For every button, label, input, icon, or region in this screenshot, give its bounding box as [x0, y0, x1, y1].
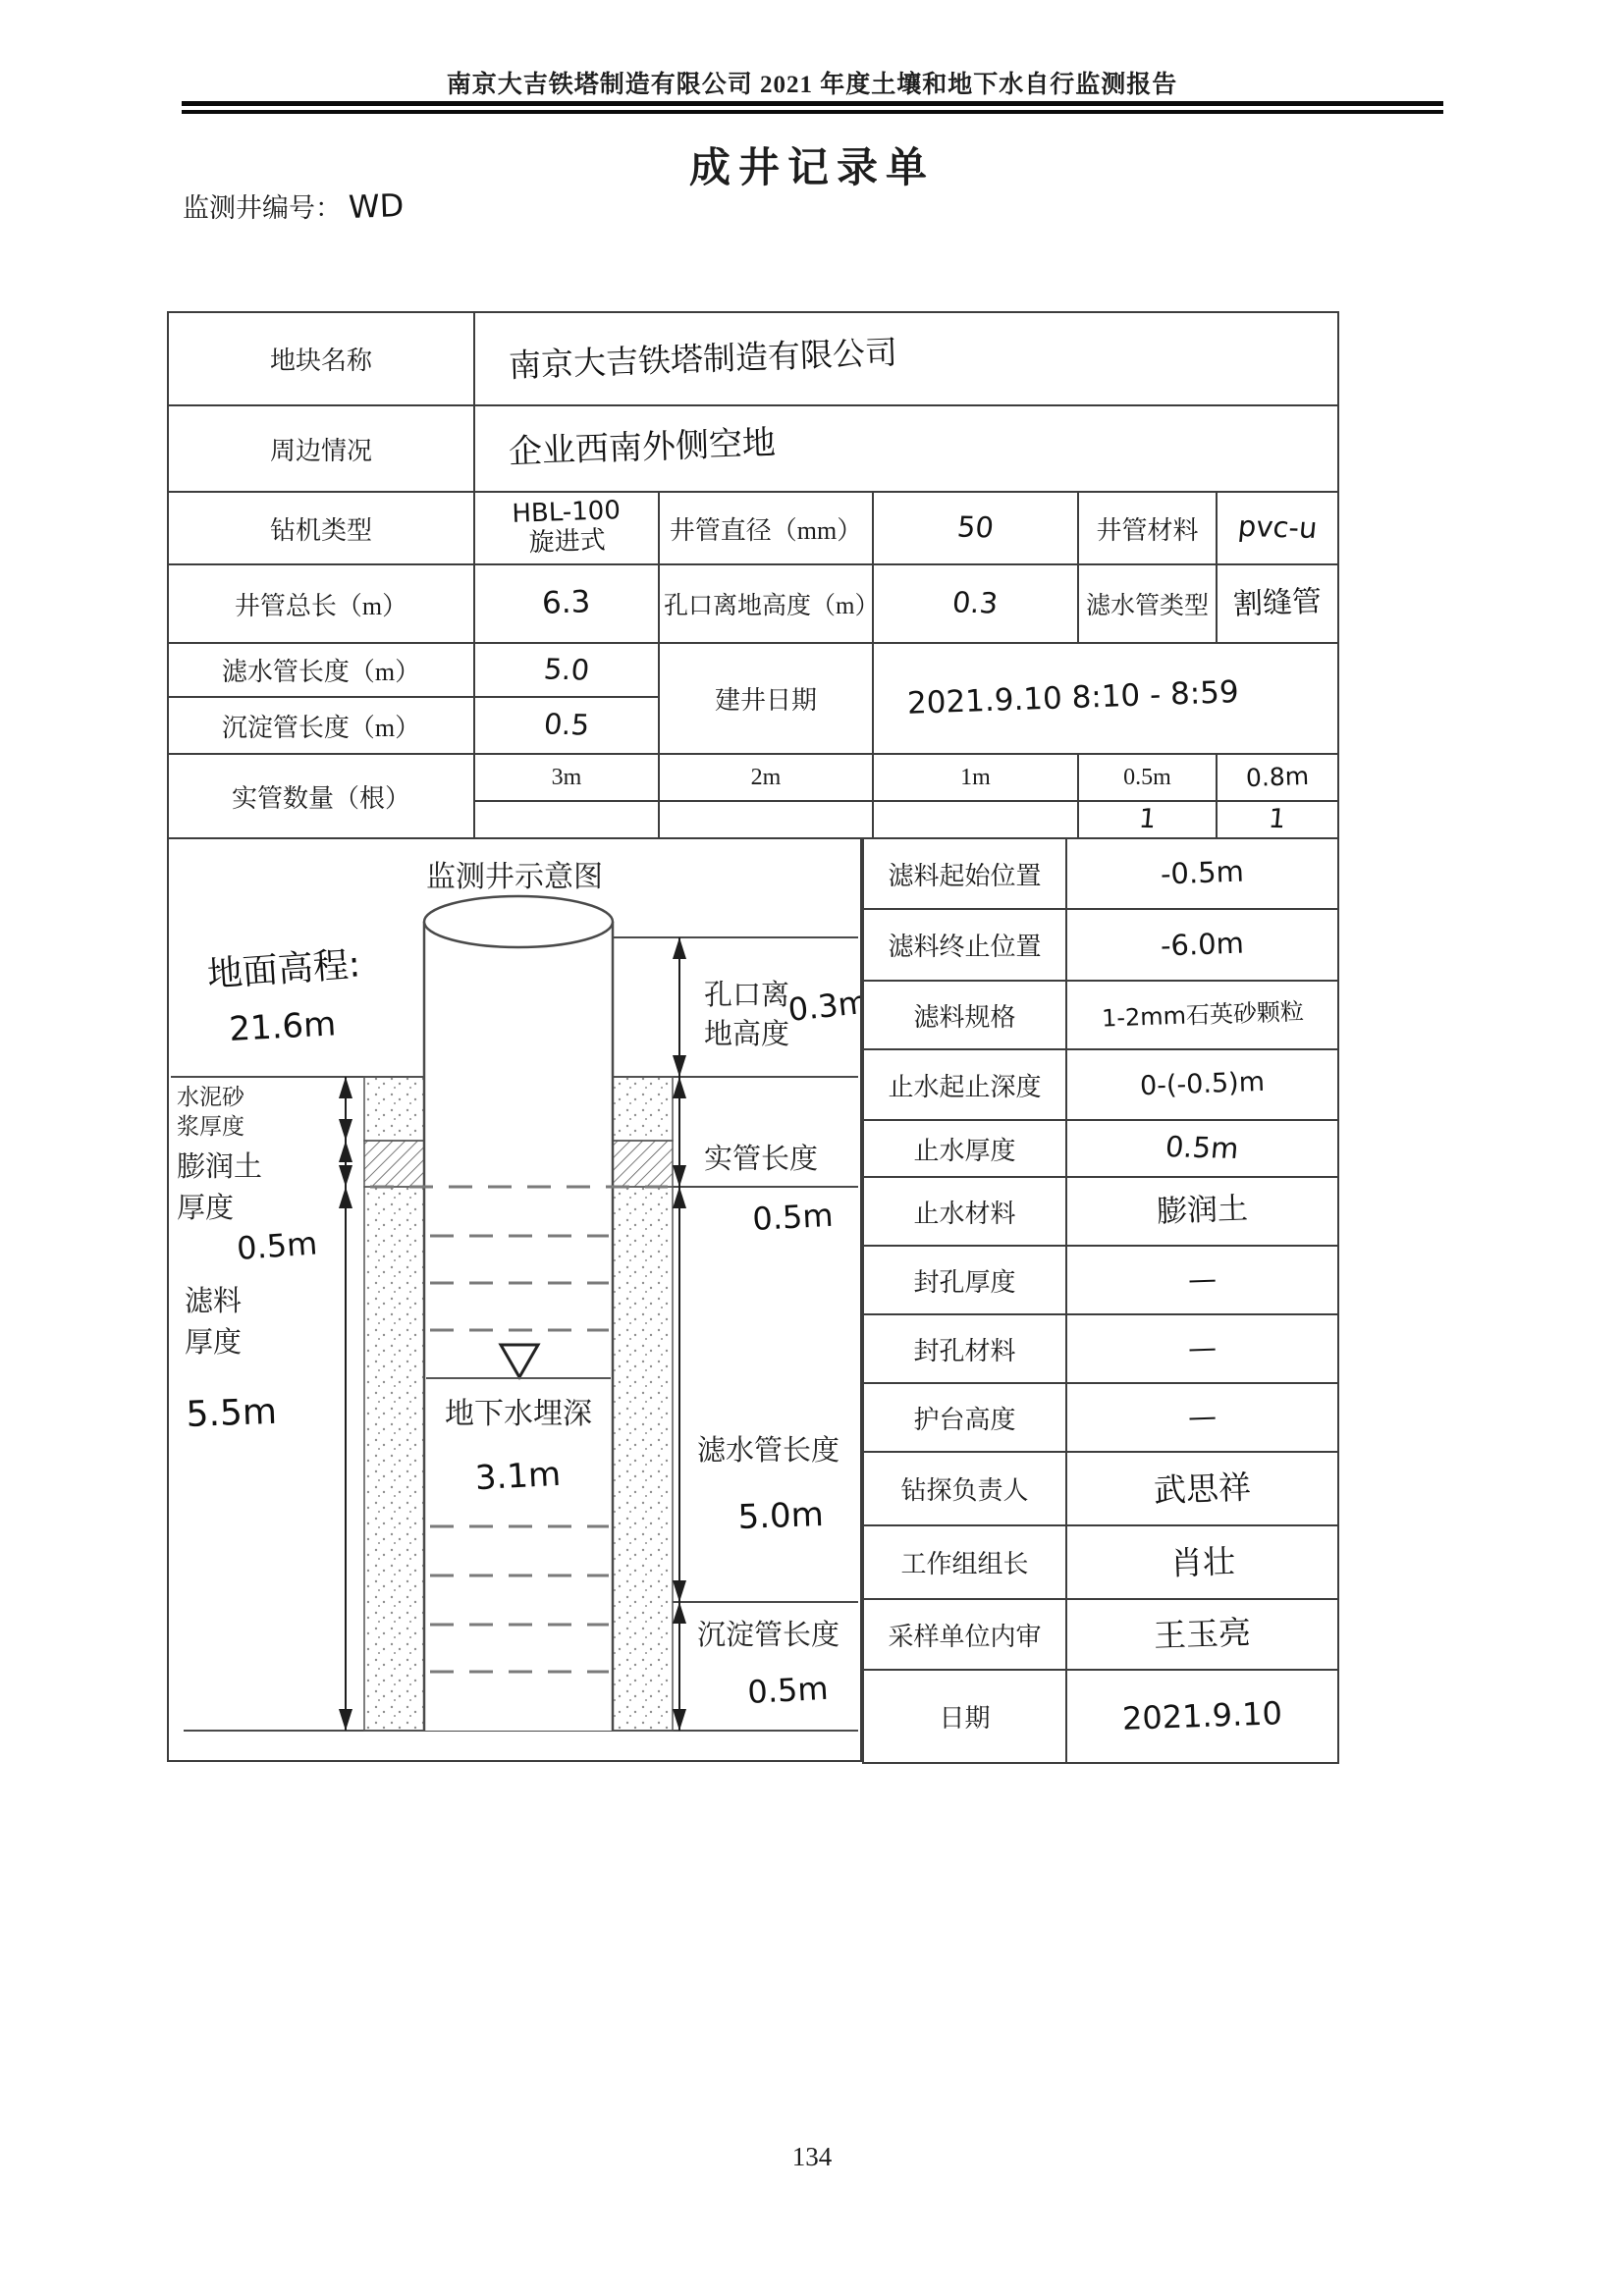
detail-value-text-6: —	[1187, 1263, 1217, 1297]
page-title: 成井记录单	[0, 135, 1624, 194]
detail-row: 止水材料 膨润土	[863, 1177, 1338, 1246]
detail-label-11: 采样单位内审	[863, 1599, 1066, 1670]
detail-label-10: 工作组组长	[863, 1525, 1066, 1599]
detail-value-text-10: 肖壮	[1169, 1542, 1235, 1581]
screen-diagram-label: 滤水管长度	[697, 1434, 839, 1467]
detail-value-text-8: —	[1187, 1401, 1217, 1434]
detail-row: 滤料起始位置 -0.5m	[863, 838, 1338, 909]
hole-height-value-cell: 0.3	[873, 564, 1078, 643]
ground-elevation-value: 21.6m	[228, 1004, 337, 1049]
solid-pipe-size-08m-cell: 0.8m	[1217, 754, 1338, 801]
scanned-document-page: 南京大吉铁塔制造有限公司 2021 年度土壤和地下水自行监测报告 成井记录单 监…	[0, 0, 1624, 2296]
cement-annulus-left	[364, 1077, 424, 1141]
detail-value-text-5: 膨润土	[1156, 1193, 1248, 1231]
hole-height-diagram-label-2: 地高度	[704, 1018, 789, 1050]
well-detail-table: 滤料起始位置 -0.5m 滤料终止位置 -6.0m 滤料规格 1-2mm石英砂颗…	[862, 837, 1339, 1764]
surroundings-value: 企业西南外侧空地	[508, 425, 776, 473]
site-name-label: 地块名称	[168, 312, 474, 405]
well-number-line: 监测井编号： WD	[183, 187, 404, 225]
row-site-name: 地块名称 南京大吉铁塔制造有限公司	[168, 312, 1338, 405]
detail-row: 封孔厚度 —	[863, 1246, 1338, 1314]
pipe-material-value: pvc-u	[1236, 510, 1319, 545]
bentonite-annulus-right	[613, 1141, 673, 1187]
detail-row: 止水起止深度 0-(-0.5)m	[863, 1049, 1338, 1120]
report-header: 南京大吉铁塔制造有限公司 2021 年度土壤和地下水自行监测报告	[0, 65, 1624, 100]
screen-type-value: 割缝管	[1232, 585, 1322, 622]
filter-value: 5.5m	[186, 1392, 278, 1435]
detail-value-text-3: 0-(-0.5)m	[1139, 1067, 1265, 1101]
water-depth-label: 地下水埋深	[445, 1398, 592, 1430]
hole-height-label: 孔口离地高度（m）	[659, 564, 873, 643]
solid-pipe-count-05m-cell: 1	[1078, 801, 1217, 838]
filter-pack-left	[364, 1187, 424, 1731]
detail-label-1: 滤料终止位置	[863, 909, 1066, 981]
pipe-total-value-cell: 6.3	[474, 564, 659, 643]
solid-pipe-diagram-label: 实管长度	[704, 1143, 818, 1175]
detail-label-3: 止水起止深度	[863, 1049, 1066, 1120]
pipe-diameter-value: 50	[955, 511, 995, 545]
detail-row: 护台高度 —	[863, 1383, 1338, 1452]
well-number-label: 监测井编号：	[183, 193, 342, 223]
detail-value-3: 0-(-0.5)m	[1066, 1049, 1338, 1120]
solid-pipe-diagram-value: 0.5m	[751, 1197, 834, 1238]
drill-type-value-cell: HBL-100 旋进式	[474, 492, 659, 564]
row-screen-length: 滤水管长度（m） 5.0 建井日期 2021.9.10 8:10 - 8:59	[168, 643, 1338, 697]
hole-height-value: 0.3	[951, 587, 1000, 620]
casing-body	[424, 922, 613, 1731]
filter-label-1: 滤料	[185, 1285, 242, 1317]
detail-row: 滤料终止位置 -6.0m	[863, 909, 1338, 981]
solid-pipe-count-08m: 1	[1268, 804, 1287, 834]
solid-pipe-count-05m: 1	[1137, 804, 1157, 834]
detail-label-6: 封孔厚度	[863, 1246, 1066, 1314]
detail-row: 钻探负责人 武思祥	[863, 1452, 1338, 1525]
screen-length-value: 5.0	[542, 653, 590, 686]
detail-row: 采样单位内审 王玉亮	[863, 1599, 1338, 1670]
build-date-value: 2021.9.10 8:10 - 8:59	[906, 675, 1239, 721]
cement-label-1: 水泥砂	[177, 1085, 245, 1109]
detail-value-6: —	[1066, 1246, 1338, 1314]
header-rule-bottom	[182, 110, 1443, 114]
detail-label-12: 日期	[863, 1670, 1066, 1763]
detail-label-5: 止水材料	[863, 1177, 1066, 1246]
detail-value-5: 膨润土	[1066, 1177, 1338, 1246]
solid-pipe-size-05m: 0.5m	[1078, 754, 1217, 801]
well-diagram-box: 监测井示意图	[167, 837, 862, 1762]
detail-value-text-2: 1-2mm石英砂颗粒	[1101, 998, 1304, 1033]
page-number: 134	[0, 2142, 1624, 2172]
solid-pipe-size-2m: 2m	[659, 754, 873, 801]
detail-value-0: -0.5m	[1066, 838, 1338, 909]
detail-value-11: 王玉亮	[1066, 1599, 1338, 1670]
detail-row: 滤料规格 1-2mm石英砂颗粒	[863, 981, 1338, 1049]
row-drill-type: 钻机类型 HBL-100 旋进式 井管直径（mm） 50 井管材料 pvc-u	[168, 492, 1338, 564]
row-solid-pipe-sizes: 实管数量（根） 3m 2m 1m 0.5m 0.8m	[168, 754, 1338, 801]
ground-elevation-label: 地面高程:	[206, 944, 362, 995]
detail-value-8: —	[1066, 1383, 1338, 1452]
solid-pipe-count-1m	[873, 801, 1078, 838]
solid-pipe-size-1m: 1m	[873, 754, 1078, 801]
solid-pipe-count-3m	[474, 801, 659, 838]
filter-label-2: 厚度	[185, 1326, 242, 1359]
detail-label-9: 钻探负责人	[863, 1452, 1066, 1525]
bentonite-label-1: 膨润土	[177, 1150, 262, 1183]
bentonite-value: 0.5m	[236, 1224, 319, 1267]
detail-value-text-12: 2021.9.10	[1121, 1695, 1282, 1736]
sediment-length-value-cell: 0.5	[474, 697, 659, 754]
detail-value-2: 1-2mm石英砂颗粒	[1066, 981, 1338, 1049]
diagram-title: 监测井示意图	[426, 861, 603, 893]
detail-value-7: —	[1066, 1314, 1338, 1383]
sediment-diagram-value: 0.5m	[746, 1670, 829, 1711]
pipe-diameter-label: 井管直径（mm）	[659, 492, 873, 564]
solid-pipe-count-2m	[659, 801, 873, 838]
detail-row: 封孔材料 —	[863, 1314, 1338, 1383]
header-rule-top	[182, 101, 1443, 106]
detail-value-9: 武思祥	[1066, 1452, 1338, 1525]
bentonite-annulus-left	[364, 1141, 424, 1187]
detail-value-12: 2021.9.10	[1066, 1670, 1338, 1763]
pipe-material-label: 井管材料	[1078, 492, 1217, 564]
hole-height-diagram-label-1: 孔口离	[704, 979, 789, 1011]
pipe-material-value-cell: pvc-u	[1217, 492, 1338, 564]
water-depth-value: 3.1m	[474, 1455, 562, 1499]
cement-label-2: 浆厚度	[177, 1114, 244, 1139]
detail-value-text-7: —	[1187, 1332, 1217, 1365]
cement-annulus-right	[613, 1077, 673, 1141]
sediment-length-value: 0.5	[542, 709, 590, 742]
detail-value-text-9: 武思祥	[1153, 1468, 1251, 1509]
solid-pipe-label: 实管数量（根）	[168, 754, 474, 838]
detail-label-2: 滤料规格	[863, 981, 1066, 1049]
detail-row: 止水厚度 0.5m	[863, 1120, 1338, 1177]
screen-type-value-cell: 割缝管	[1217, 564, 1338, 643]
screen-length-label: 滤水管长度（m）	[168, 643, 474, 697]
well-diagram: 监测井示意图	[169, 839, 860, 1760]
sediment-diagram-label: 沉淀管长度	[697, 1619, 839, 1651]
detail-row: 日期 2021.9.10	[863, 1670, 1338, 1763]
surroundings-label: 周边情况	[168, 405, 474, 492]
pipe-total-label: 井管总长（m）	[168, 564, 474, 643]
detail-label-8: 护台高度	[863, 1383, 1066, 1452]
detail-value-text-11: 王玉亮	[1153, 1614, 1251, 1654]
solid-pipe-size-08m: 0.8m	[1245, 763, 1309, 793]
solid-pipe-count-08m-cell: 1	[1217, 801, 1338, 838]
detail-value-4: 0.5m	[1066, 1120, 1338, 1177]
site-name-value: 南京大吉铁塔制造有限公司	[508, 334, 897, 385]
build-date-value-cell: 2021.9.10 8:10 - 8:59	[873, 643, 1338, 754]
drill-type-label: 钻机类型	[168, 492, 474, 564]
surroundings-value-cell: 企业西南外侧空地	[474, 405, 1338, 492]
detail-label-7: 封孔材料	[863, 1314, 1066, 1383]
screen-length-value-cell: 5.0	[474, 643, 659, 697]
detail-label-0: 滤料起始位置	[863, 838, 1066, 909]
casing-top-ellipse	[424, 896, 613, 947]
bentonite-label-2: 厚度	[177, 1192, 234, 1224]
detail-row: 工作组组长 肖壮	[863, 1525, 1338, 1599]
well-number-value: WD	[348, 187, 405, 226]
screen-type-label: 滤水管类型	[1078, 564, 1217, 643]
well-record-table: 地块名称 南京大吉铁塔制造有限公司 周边情况 企业西南外侧空地 钻机类型 HBL…	[167, 311, 1339, 839]
detail-value-10: 肖壮	[1066, 1525, 1338, 1599]
detail-value-1: -6.0m	[1066, 909, 1338, 981]
detail-value-text-1: -6.0m	[1161, 927, 1245, 962]
row-pipe-total: 井管总长（m） 6.3 孔口离地高度（m） 0.3 滤水管类型 割缝管	[168, 564, 1338, 643]
pipe-total-value: 6.3	[542, 585, 592, 621]
row-surroundings: 周边情况 企业西南外侧空地	[168, 405, 1338, 492]
sediment-length-label: 沉淀管长度（m）	[168, 697, 474, 754]
detail-value-text-4: 0.5m	[1164, 1131, 1241, 1165]
hole-height-diagram-value: 0.3m	[786, 984, 860, 1029]
detail-value-text-0: -0.5m	[1161, 856, 1245, 891]
build-date-label: 建井日期	[659, 643, 873, 754]
site-name-value-cell: 南京大吉铁塔制造有限公司	[474, 312, 1338, 405]
solid-pipe-size-3m: 3m	[474, 754, 659, 801]
pipe-diameter-value-cell: 50	[873, 492, 1078, 564]
screen-diagram-value: 5.0m	[737, 1495, 825, 1537]
drill-type-value: HBL-100 旋进式	[512, 497, 622, 560]
detail-label-4: 止水厚度	[863, 1120, 1066, 1177]
filter-pack-right	[613, 1187, 673, 1731]
